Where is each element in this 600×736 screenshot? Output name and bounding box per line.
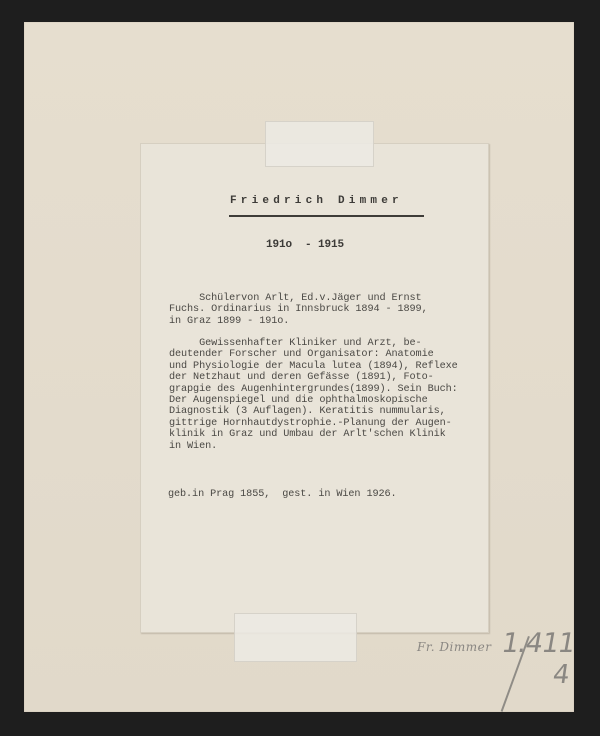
text-line: grapgie des Augenhintergrundes(1899). Se… [169, 384, 458, 395]
catalog-number: 1.411 [499, 628, 577, 659]
handwritten-name: Fr. Dimmer [417, 640, 491, 654]
text-line: Gewissenhafter Kliniker und Arzt, be- [169, 338, 458, 349]
birth-death-line: geb.in Prag 1855, gest. in Wien 1926. [168, 489, 397, 500]
tape-bottom [234, 613, 357, 662]
paragraph-career: Schülervon Arlt, Ed.v.Jäger und ErnstFuc… [169, 293, 428, 327]
text-line: in Wien. [169, 441, 458, 452]
text-line: und Physiologie der Macula lutea (1894),… [169, 361, 458, 372]
title-underline [229, 215, 424, 217]
text-line: Diagnostik (3 Auflagen). Keratitis nummu… [169, 406, 458, 417]
text-line: der Netzhaut und deren Gefässe (1891), F… [169, 372, 458, 383]
text-line: in Graz 1899 - 191o. [169, 316, 428, 327]
text-line: Schülervon Arlt, Ed.v.Jäger und Ernst [169, 293, 428, 304]
text-line: klinik in Graz und Umbau der Arlt'schen … [169, 429, 458, 440]
text-line: deutender Forscher und Organisator: Anat… [169, 349, 458, 360]
years: 191o - 1915 [266, 240, 344, 251]
text-line: Fuchs. Ordinarius in Innsbruck 1894 - 18… [169, 304, 428, 315]
paragraph-achievements: Gewissenhafter Kliniker und Arzt, be-deu… [169, 338, 458, 452]
text-line: Der Augenspiegel und die ophthalmoskopis… [169, 395, 458, 406]
text-line: gittrige Hornhautdystrophie.-Planung der… [169, 418, 458, 429]
tape-top [265, 121, 374, 167]
document-title: Friedrich Dimmer [230, 196, 403, 207]
